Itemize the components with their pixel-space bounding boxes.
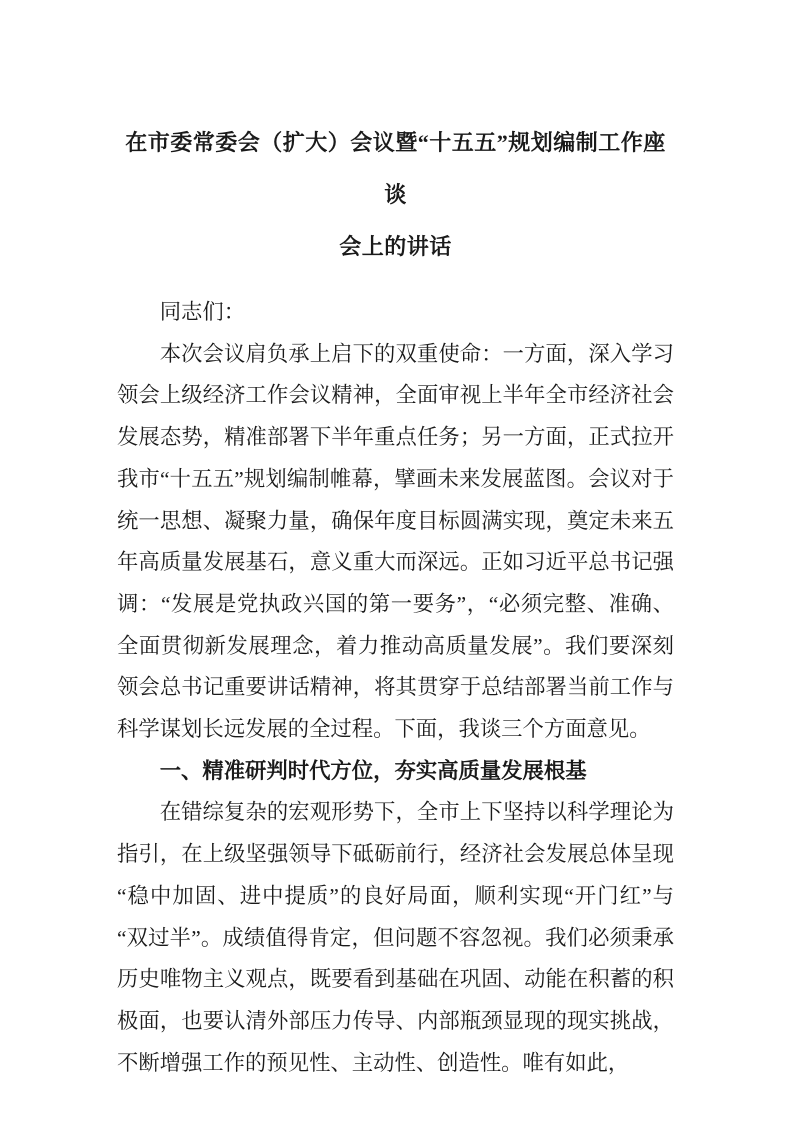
document-page: 在市委常委会（扩大）会议暨“十五五”规划编制工作座谈 会上的讲话 同志们： 本次… bbox=[0, 0, 793, 1122]
document-title: 在市委常委会（扩大）会议暨“十五五”规划编制工作座谈 会上的讲话 bbox=[117, 117, 674, 273]
document-title-line-2: 会上的讲话 bbox=[117, 221, 674, 273]
paragraph: 在错综复杂的宏观形势下，全市上下坚持以科学理论为指引，在上级坚强领导下砥砺前行，… bbox=[117, 792, 674, 1084]
salutation-line: 同志们： bbox=[117, 292, 674, 334]
section-heading: 一、精准研判时代方位，夯实高质量发展根基 bbox=[117, 751, 674, 793]
paragraph: 本次会议肩负承上启下的双重使命：一方面，深入学习领会上级经济工作会议精神，全面审… bbox=[117, 334, 674, 751]
document-title-line-1: 在市委常委会（扩大）会议暨“十五五”规划编制工作座谈 bbox=[117, 117, 674, 221]
document-body: 同志们： 本次会议肩负承上启下的双重使命：一方面，深入学习领会上级经济工作会议精… bbox=[117, 292, 674, 1084]
